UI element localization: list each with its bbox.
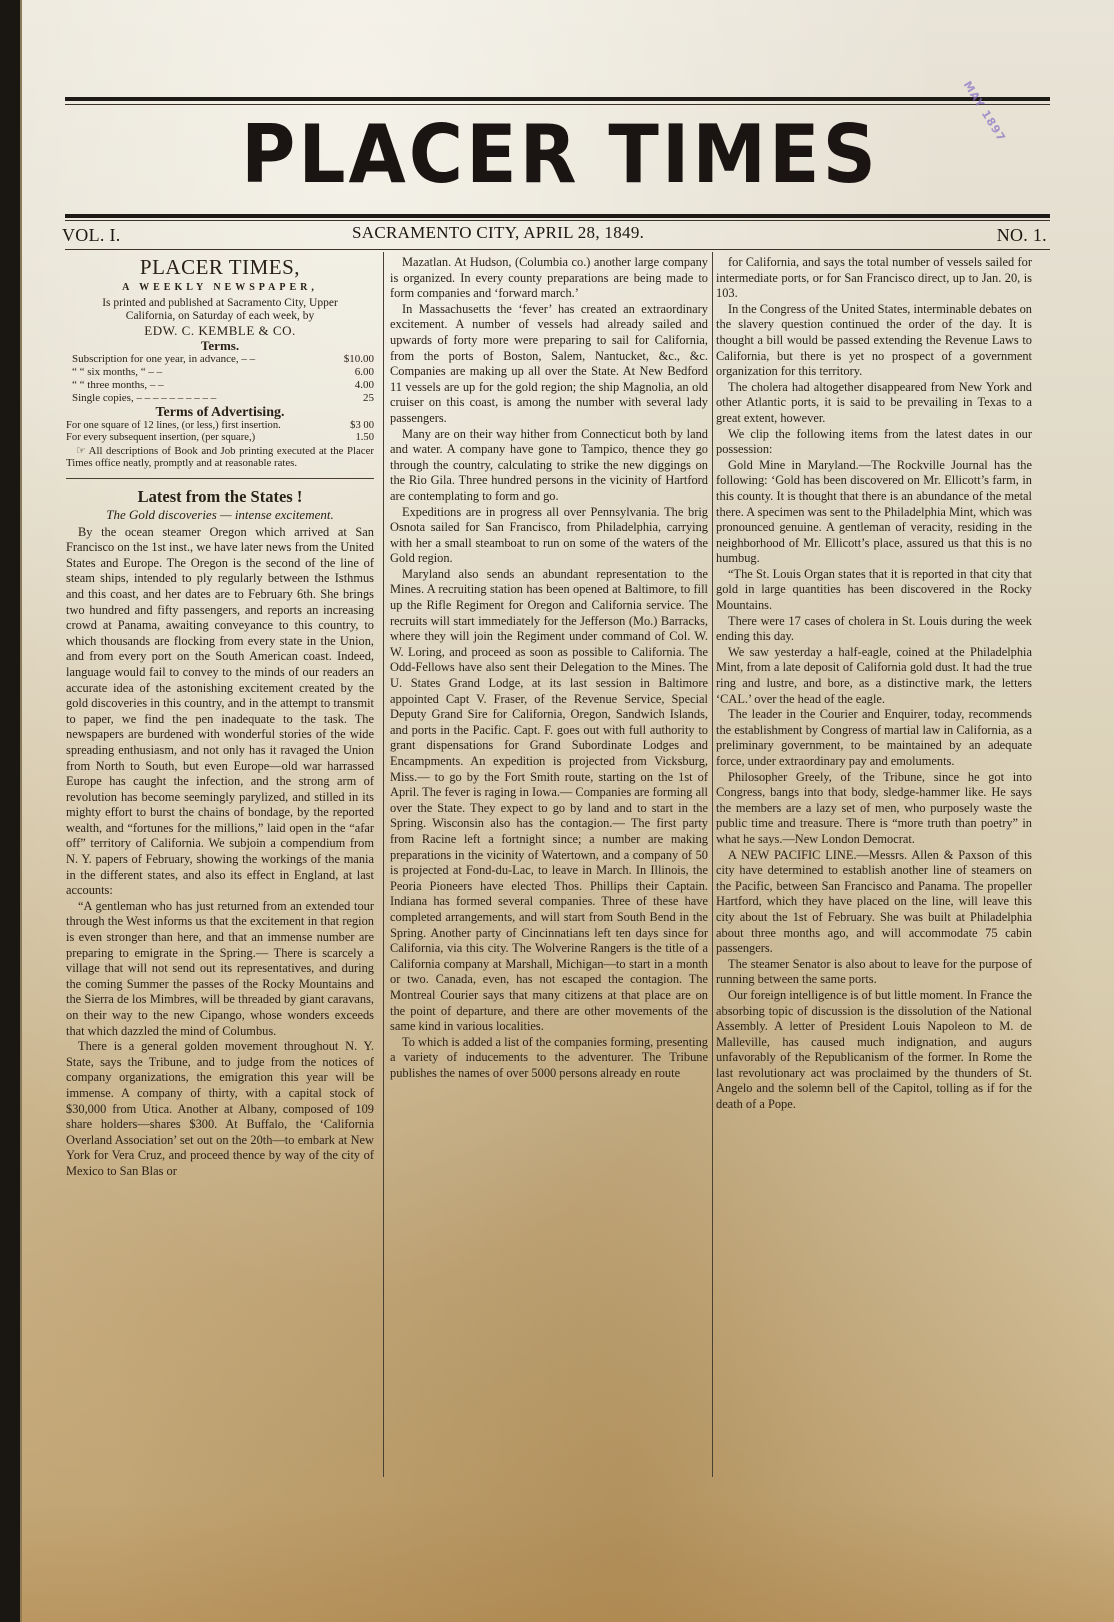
masthead-bottom-rule-thin bbox=[65, 220, 1050, 221]
subscription-rate-row: “ “ six months, “ – –6.00 bbox=[66, 366, 374, 379]
column-2: Mazatlan. At Hudson, (Columbia co.) anot… bbox=[390, 255, 708, 1081]
article-paragraph: Expeditions are in progress all over Pen… bbox=[390, 505, 708, 567]
issue-number: NO. 1. bbox=[997, 225, 1047, 246]
column-2-body: Mazatlan. At Hudson, (Columbia co.) anot… bbox=[390, 255, 708, 1081]
volume-number: VOL. I. bbox=[62, 225, 121, 246]
article-paragraph: for California, and says the total numbe… bbox=[716, 255, 1032, 302]
article-paragraph: The leader in the Courier and Enquirer, … bbox=[716, 707, 1032, 769]
advertising-rate-row: For one square of 12 lines, (or less,) f… bbox=[66, 420, 374, 433]
advertising-rate-label: For one square of 12 lines, (or less,) f… bbox=[66, 420, 340, 433]
article-paragraph: We clip the following items from the lat… bbox=[716, 427, 1032, 458]
printing-note: ☞ All descriptions of Book and Job print… bbox=[66, 445, 374, 470]
article-paragraph: Gold Mine in Maryland.—The Rockville Jou… bbox=[716, 458, 1032, 567]
subscription-rates: Subscription for one year, in advance, –… bbox=[66, 353, 374, 405]
advertising-rate-label: For every subsequent insertion, (per squ… bbox=[66, 432, 340, 445]
newspaper-title: PLACER TIMES bbox=[60, 115, 1060, 195]
article-paragraph: In Massachusetts the ‘fever’ has created… bbox=[390, 302, 708, 427]
publisher-box-line: Is printed and published at Sacramento C… bbox=[66, 297, 374, 310]
publisher-name: EDW. C. KEMBLE & CO. bbox=[66, 323, 374, 338]
advertising-rate-row: For every subsequent insertion, (per squ… bbox=[66, 432, 374, 445]
article-paragraph: There were 17 cases of cholera in St. Lo… bbox=[716, 614, 1032, 645]
subscription-rate-label: Single copies, – – – – – – – – – – bbox=[72, 392, 328, 405]
section-separator bbox=[66, 478, 374, 479]
advertising-rate-value: $3 00 bbox=[340, 420, 374, 433]
advertising-rate-value: 1.50 bbox=[340, 432, 374, 445]
publisher-box-line: California, on Saturday of each week, by bbox=[66, 310, 374, 323]
advertising-heading: Terms of Advertising. bbox=[66, 405, 374, 420]
masthead-top-rule bbox=[65, 97, 1050, 101]
article-paragraph: By the ocean steamer Oregon which arrive… bbox=[66, 525, 374, 899]
article-paragraph: Mazatlan. At Hudson, (Columbia co.) anot… bbox=[390, 255, 708, 302]
publisher-box-title: PLACER TIMES, bbox=[66, 255, 374, 279]
article-paragraph: Maryland also sends an abundant represen… bbox=[390, 567, 708, 1035]
subscription-rate-value: 4.00 bbox=[328, 379, 374, 392]
advertising-rates: For one square of 12 lines, (or less,) f… bbox=[66, 420, 374, 445]
subscription-rate-label: “ “ three months, – – bbox=[72, 379, 328, 392]
column-1-body: By the ocean steamer Oregon which arrive… bbox=[66, 525, 374, 1180]
paper-stain bbox=[20, 1500, 1114, 1622]
article-paragraph: There is a general golden movement throu… bbox=[66, 1039, 374, 1179]
column-divider-2 bbox=[712, 252, 713, 1477]
article-paragraph: “The St. Louis Organ states that it is r… bbox=[716, 567, 1032, 614]
subscription-rate-value: 6.00 bbox=[328, 366, 374, 379]
article-paragraph: To which is added a list of the companie… bbox=[390, 1035, 708, 1082]
masthead-bottom-rule bbox=[65, 214, 1050, 218]
subscription-rate-label: “ “ six months, “ – – bbox=[72, 366, 328, 379]
article-paragraph: Our foreign intelligence is of but littl… bbox=[716, 988, 1032, 1113]
subscription-rate-row: Subscription for one year, in advance, –… bbox=[66, 353, 374, 366]
article-paragraph: The cholera had altogether disappeared f… bbox=[716, 380, 1032, 427]
article-paragraph: Many are on their way hither from Connec… bbox=[390, 427, 708, 505]
place-and-date: SACRAMENTO CITY, APRIL 28, 1849. bbox=[352, 223, 644, 243]
article-subheadline: The Gold discoveries — intense excitemen… bbox=[66, 507, 374, 523]
article-headline: Latest from the States ! bbox=[66, 487, 374, 507]
column-divider-1 bbox=[383, 252, 384, 1477]
publisher-box: PLACER TIMES, A WEEKLY NEWSPAPER, Is pri… bbox=[66, 255, 374, 470]
article-paragraph: A NEW PACIFIC LINE.—Messrs. Allen & Paxs… bbox=[716, 848, 1032, 957]
column-3-body: for California, and says the total numbe… bbox=[716, 255, 1032, 1113]
subscription-rate-label: Subscription for one year, in advance, –… bbox=[72, 353, 328, 366]
subscription-rate-row: Single copies, – – – – – – – – – –25 bbox=[66, 392, 374, 405]
article-paragraph: We saw yesterday a half-eagle, coined at… bbox=[716, 645, 1032, 707]
dateline-rule bbox=[65, 249, 1050, 250]
article-paragraph: In the Congress of the United States, in… bbox=[716, 302, 1032, 380]
publisher-box-subtitle: A WEEKLY NEWSPAPER, bbox=[66, 280, 374, 296]
masthead-top-rule-thin bbox=[65, 104, 1050, 105]
column-1: PLACER TIMES, A WEEKLY NEWSPAPER, Is pri… bbox=[66, 255, 374, 1180]
article-paragraph: The steamer Senator is also about to lea… bbox=[716, 957, 1032, 988]
subscription-rate-row: “ “ three months, – –4.00 bbox=[66, 379, 374, 392]
article-paragraph: “A gentleman who has just returned from … bbox=[66, 899, 374, 1039]
terms-heading: Terms. bbox=[66, 338, 374, 353]
subscription-rate-value: 25 bbox=[328, 392, 374, 405]
dateline: VOL. I. SACRAMENTO CITY, APRIL 28, 1849.… bbox=[62, 223, 1047, 249]
subscription-rate-value: $10.00 bbox=[328, 353, 374, 366]
article-paragraph: Philosopher Greely, of the Tribune, sinc… bbox=[716, 770, 1032, 848]
column-3: for California, and says the total numbe… bbox=[716, 255, 1032, 1113]
